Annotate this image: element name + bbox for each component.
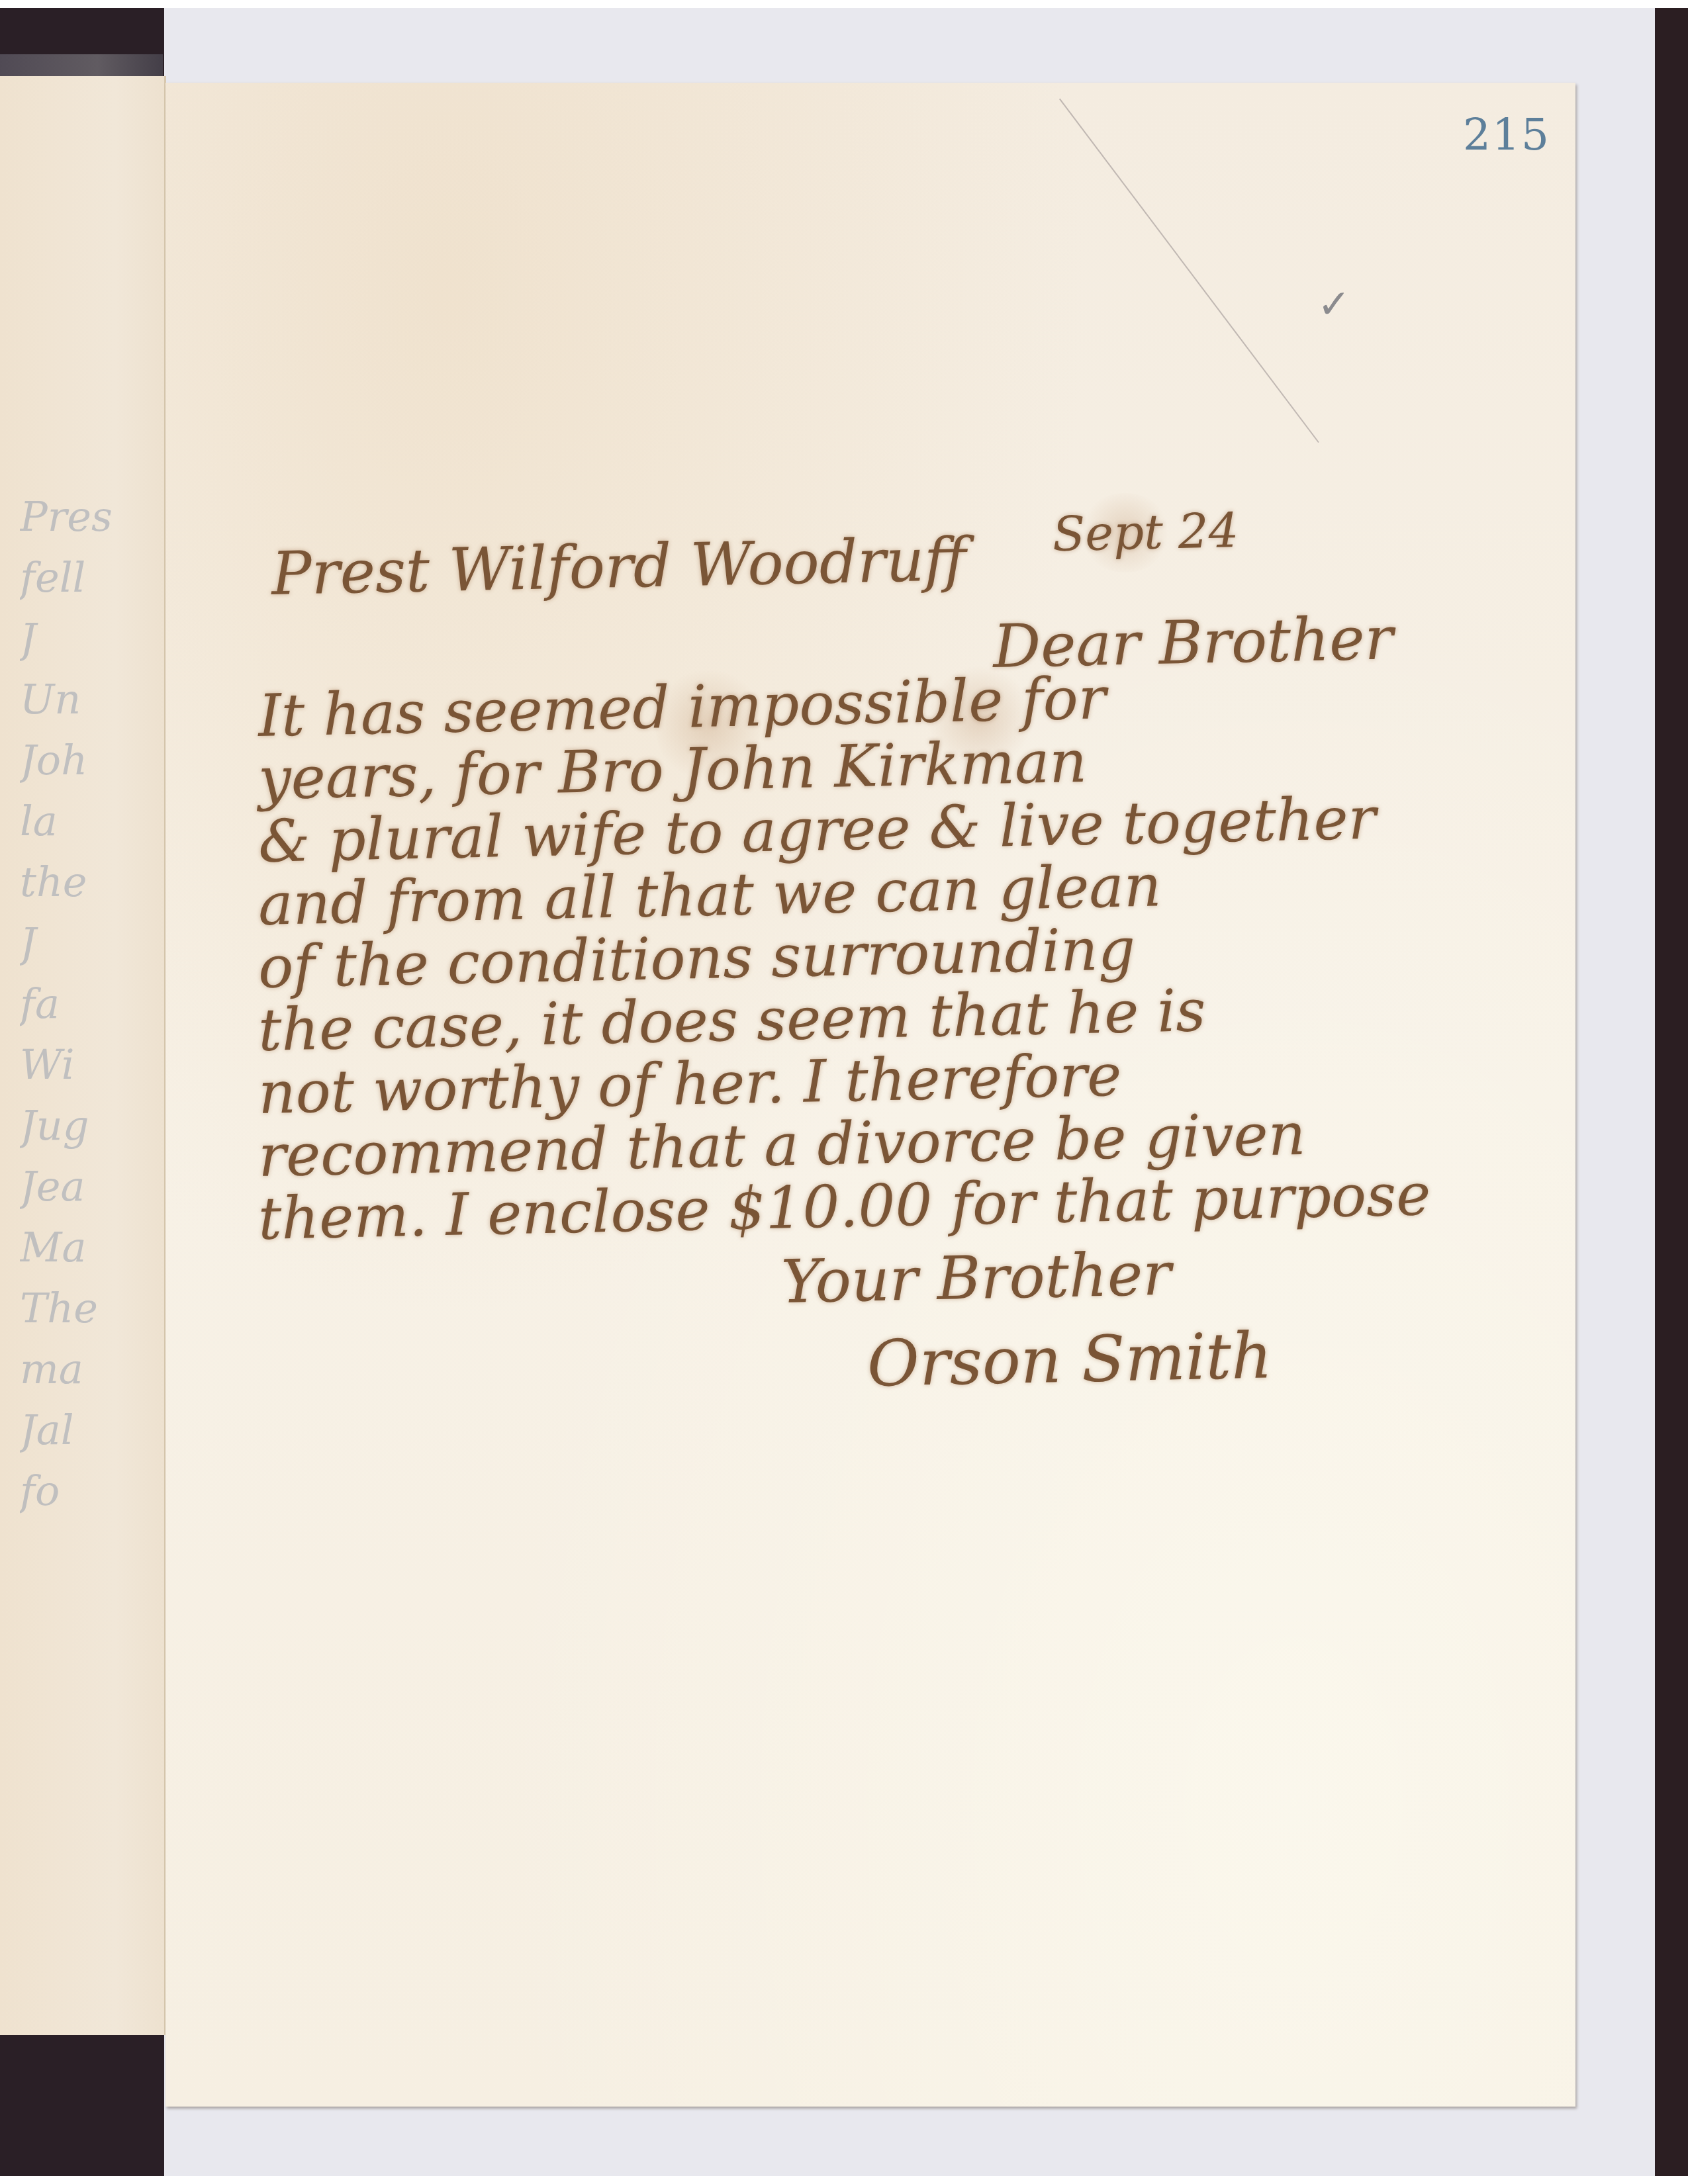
verso-page: Pres fell J Un Joh la the J fa Wi Jug Je… (0, 76, 166, 2035)
letter-signature: Orson Smith (867, 1318, 1273, 1401)
check-mark-icon: ✓ (1317, 281, 1350, 328)
verso-bleedthrough-text: Pres fell J Un Joh la the J fa Wi Jug Je… (20, 486, 159, 1744)
letter-date: Sept 24 (1052, 502, 1239, 562)
book-binding-right (1655, 8, 1688, 2176)
page-number: 215 (1463, 109, 1550, 160)
letter-recipient: Prest Wilford Woodruff (271, 525, 967, 609)
fold-line (1059, 99, 1319, 443)
letter-sheet: 215 ✓ Sept 24 Prest Wilford Woodruff Dea… (165, 83, 1575, 2107)
letter-closing: Your Brother (780, 1240, 1172, 1317)
